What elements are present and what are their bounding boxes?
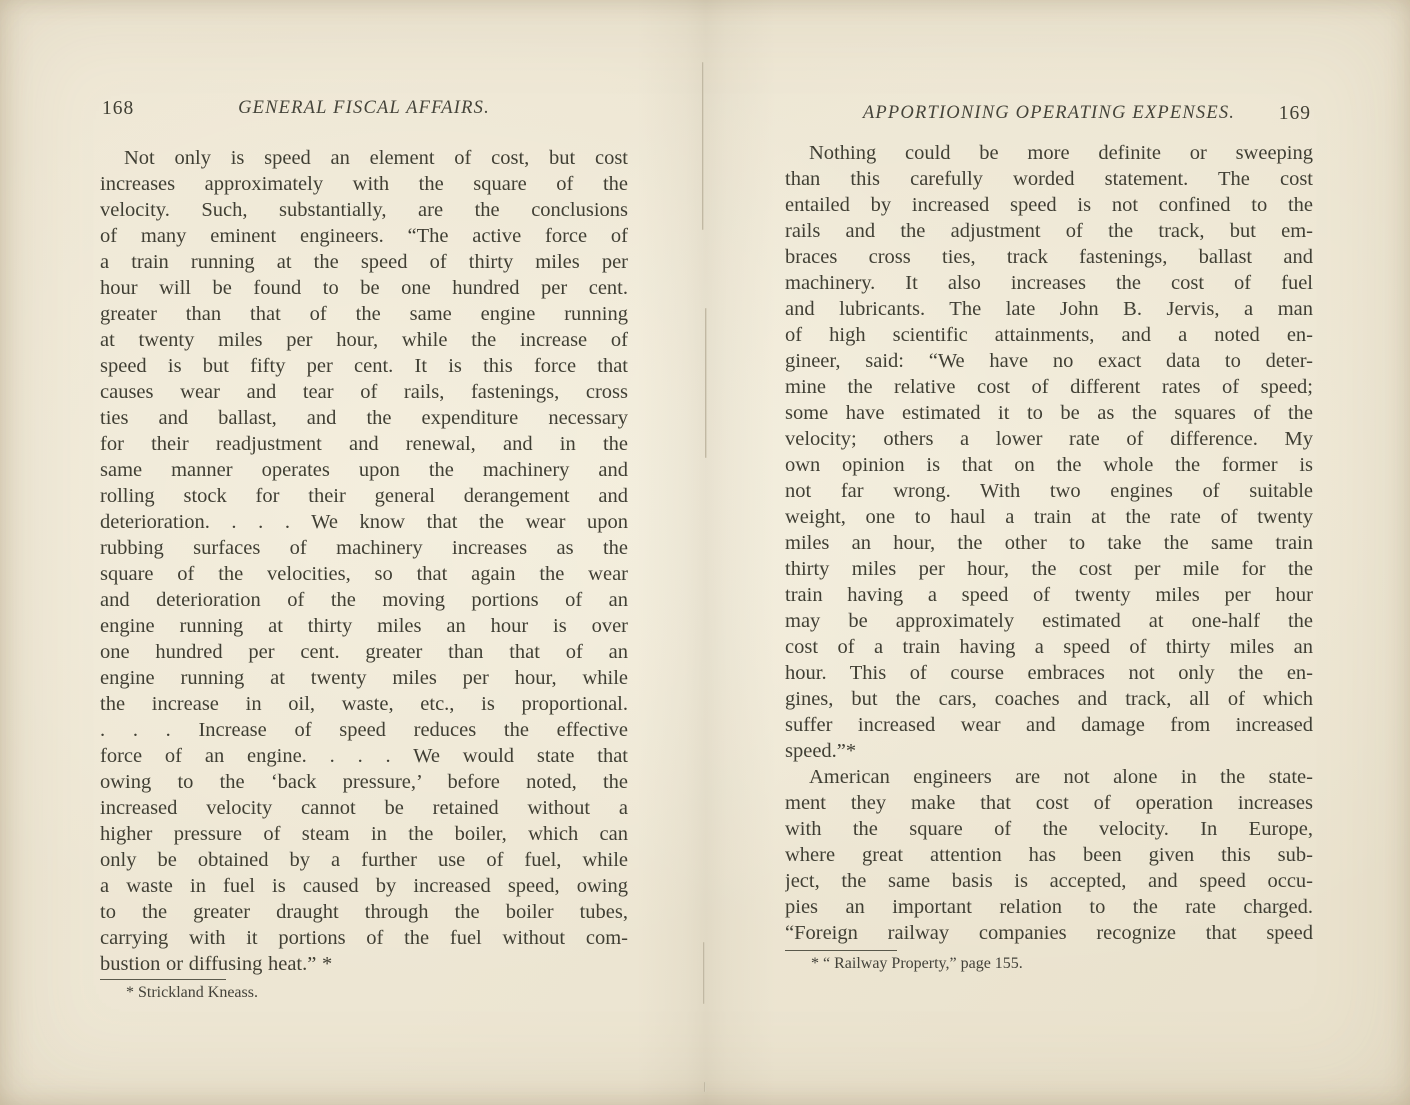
page-left-header: 168 GENERAL FISCAL AFFAIRS.	[100, 98, 628, 124]
text-line: of many eminent engineers. “The active f…	[100, 223, 628, 249]
gutter-shadow	[636, 0, 776, 1105]
page-left-body: Not only is speed an element of cost, bu…	[100, 145, 628, 977]
text-line: one hundred per cent. greater than that …	[100, 639, 628, 665]
text-line: for their readjustment and renewal, and …	[100, 431, 628, 457]
text-line: only be obtained by a further use of fue…	[100, 847, 628, 873]
text-line: the increase in oil, waste, etc., is pro…	[100, 691, 628, 717]
binding-crease	[704, 1082, 706, 1092]
text-line: a train running at the speed of thirty m…	[100, 249, 628, 275]
text-line: gineer, said: “We have no exact data to …	[785, 348, 1313, 374]
text-line: higher pressure of steam in the boiler, …	[100, 821, 628, 847]
page-right-header: APPORTIONING OPERATING EXPENSES. 169	[785, 103, 1313, 129]
text-line: a waste in fuel is caused by increased s…	[100, 873, 628, 899]
text-line: and lubricants. The late John B. Jervis,…	[785, 296, 1313, 322]
footnote-rule-left	[100, 979, 226, 980]
page-left-footnote-block: * Strickland Kneass.	[100, 979, 628, 1003]
text-line: not far wrong. With two engines of suita…	[785, 478, 1313, 504]
text-line: bustion or diffusing heat.” *	[100, 951, 628, 977]
text-line: Not only is speed an element of cost, bu…	[100, 145, 628, 171]
running-head-left: GENERAL FISCAL AFFAIRS.	[100, 98, 628, 119]
binding-crease	[703, 942, 705, 1004]
text-line: rails and the adjustment of the track, b…	[785, 218, 1313, 244]
footnote-left: * Strickland Kneass.	[100, 983, 628, 1003]
text-line: where great attention has been given thi…	[785, 842, 1313, 868]
page-right: APPORTIONING OPERATING EXPENSES. 169 Not…	[785, 96, 1313, 974]
text-line: at twenty miles per hour, while the incr…	[100, 327, 628, 353]
text-line: velocity. Such, substantially, are the c…	[100, 197, 628, 223]
text-line: speed is but fifty per cent. It is this …	[100, 353, 628, 379]
text-line: suffer increased wear and damage from in…	[785, 712, 1313, 738]
text-line: pies an important relation to the rate c…	[785, 894, 1313, 920]
text-line: square of the velocities, so that again …	[100, 561, 628, 587]
page-right-body: Nothing could be more definite or sweepi…	[785, 140, 1313, 946]
text-line: hour. This of course embraces not only t…	[785, 660, 1313, 686]
text-line: hour will be found to be one hundred per…	[100, 275, 628, 301]
text-line: machinery. It also increases the cost of…	[785, 270, 1313, 296]
text-line: to the greater draught through the boile…	[100, 899, 628, 925]
page-left: 168 GENERAL FISCAL AFFAIRS. Not only is …	[100, 96, 628, 1003]
text-line: thirty miles per hour, the cost per mile…	[785, 556, 1313, 582]
text-line: ment they make that cost of operation in…	[785, 790, 1313, 816]
text-line: own opinion is that on the whole the for…	[785, 452, 1313, 478]
text-line: American engineers are not alone in the …	[785, 764, 1313, 790]
text-line: rolling stock for their general derangem…	[100, 483, 628, 509]
binding-crease	[705, 308, 707, 458]
text-line: same manner operates upon the machinery …	[100, 457, 628, 483]
text-line: braces cross ties, track fastenings, bal…	[785, 244, 1313, 270]
text-line: some have estimated it to be as the squa…	[785, 400, 1313, 426]
text-line: carrying with it portions of the fuel wi…	[100, 925, 628, 951]
binding-crease	[702, 62, 704, 230]
text-line: force of an engine. . . . We would state…	[100, 743, 628, 769]
text-line: . . . Increase of speed reduces the effe…	[100, 717, 628, 743]
book-spread: 168 GENERAL FISCAL AFFAIRS. Not only is …	[0, 0, 1410, 1105]
text-line: mine the relative cost of different rate…	[785, 374, 1313, 400]
text-line: cost of a train having a speed of thirty…	[785, 634, 1313, 660]
text-line: train having a speed of twenty miles per…	[785, 582, 1313, 608]
page-number-right: 169	[1279, 103, 1311, 125]
text-line: engine running at twenty miles per hour,…	[100, 665, 628, 691]
text-line: rubbing surfaces of machinery increases …	[100, 535, 628, 561]
page-right-footnote-block: * “ Railway Property,” page 155.	[785, 950, 1313, 974]
text-line: increased velocity cannot be retained wi…	[100, 795, 628, 821]
text-line: causes wear and tear of rails, fastening…	[100, 379, 628, 405]
text-line: ties and ballast, and the expenditure ne…	[100, 405, 628, 431]
text-line: engine running at thirty miles an hour i…	[100, 613, 628, 639]
text-line: weight, one to haul a train at the rate …	[785, 504, 1313, 530]
text-line: than this carefully worded statement. Th…	[785, 166, 1313, 192]
text-line: of high scientific attainments, and a no…	[785, 322, 1313, 348]
text-line: may be approximately estimated at one-ha…	[785, 608, 1313, 634]
text-line: Nothing could be more definite or sweepi…	[785, 140, 1313, 166]
text-line: velocity; others a lower rate of differe…	[785, 426, 1313, 452]
footnote-rule-right	[785, 950, 897, 951]
text-line: and deterioration of the moving portions…	[100, 587, 628, 613]
text-line: increases approximately with the square …	[100, 171, 628, 197]
text-line: gines, but the cars, coaches and track, …	[785, 686, 1313, 712]
text-line: speed.”*	[785, 738, 1313, 764]
text-line: with the square of the velocity. In Euro…	[785, 816, 1313, 842]
text-line: deterioration. . . . We know that the we…	[100, 509, 628, 535]
text-line: owing to the ‘back pressure,’ before not…	[100, 769, 628, 795]
footnote-right: * “ Railway Property,” page 155.	[785, 954, 1313, 974]
page-number-left: 168	[102, 98, 134, 120]
text-line: greater than that of the same engine run…	[100, 301, 628, 327]
running-head-right: APPORTIONING OPERATING EXPENSES.	[785, 103, 1313, 124]
text-line: “Foreign railway companies recognize tha…	[785, 920, 1313, 946]
text-line: ject, the same basis is accepted, and sp…	[785, 868, 1313, 894]
text-line: miles an hour, the other to take the sam…	[785, 530, 1313, 556]
text-line: entailed by increased speed is not confi…	[785, 192, 1313, 218]
